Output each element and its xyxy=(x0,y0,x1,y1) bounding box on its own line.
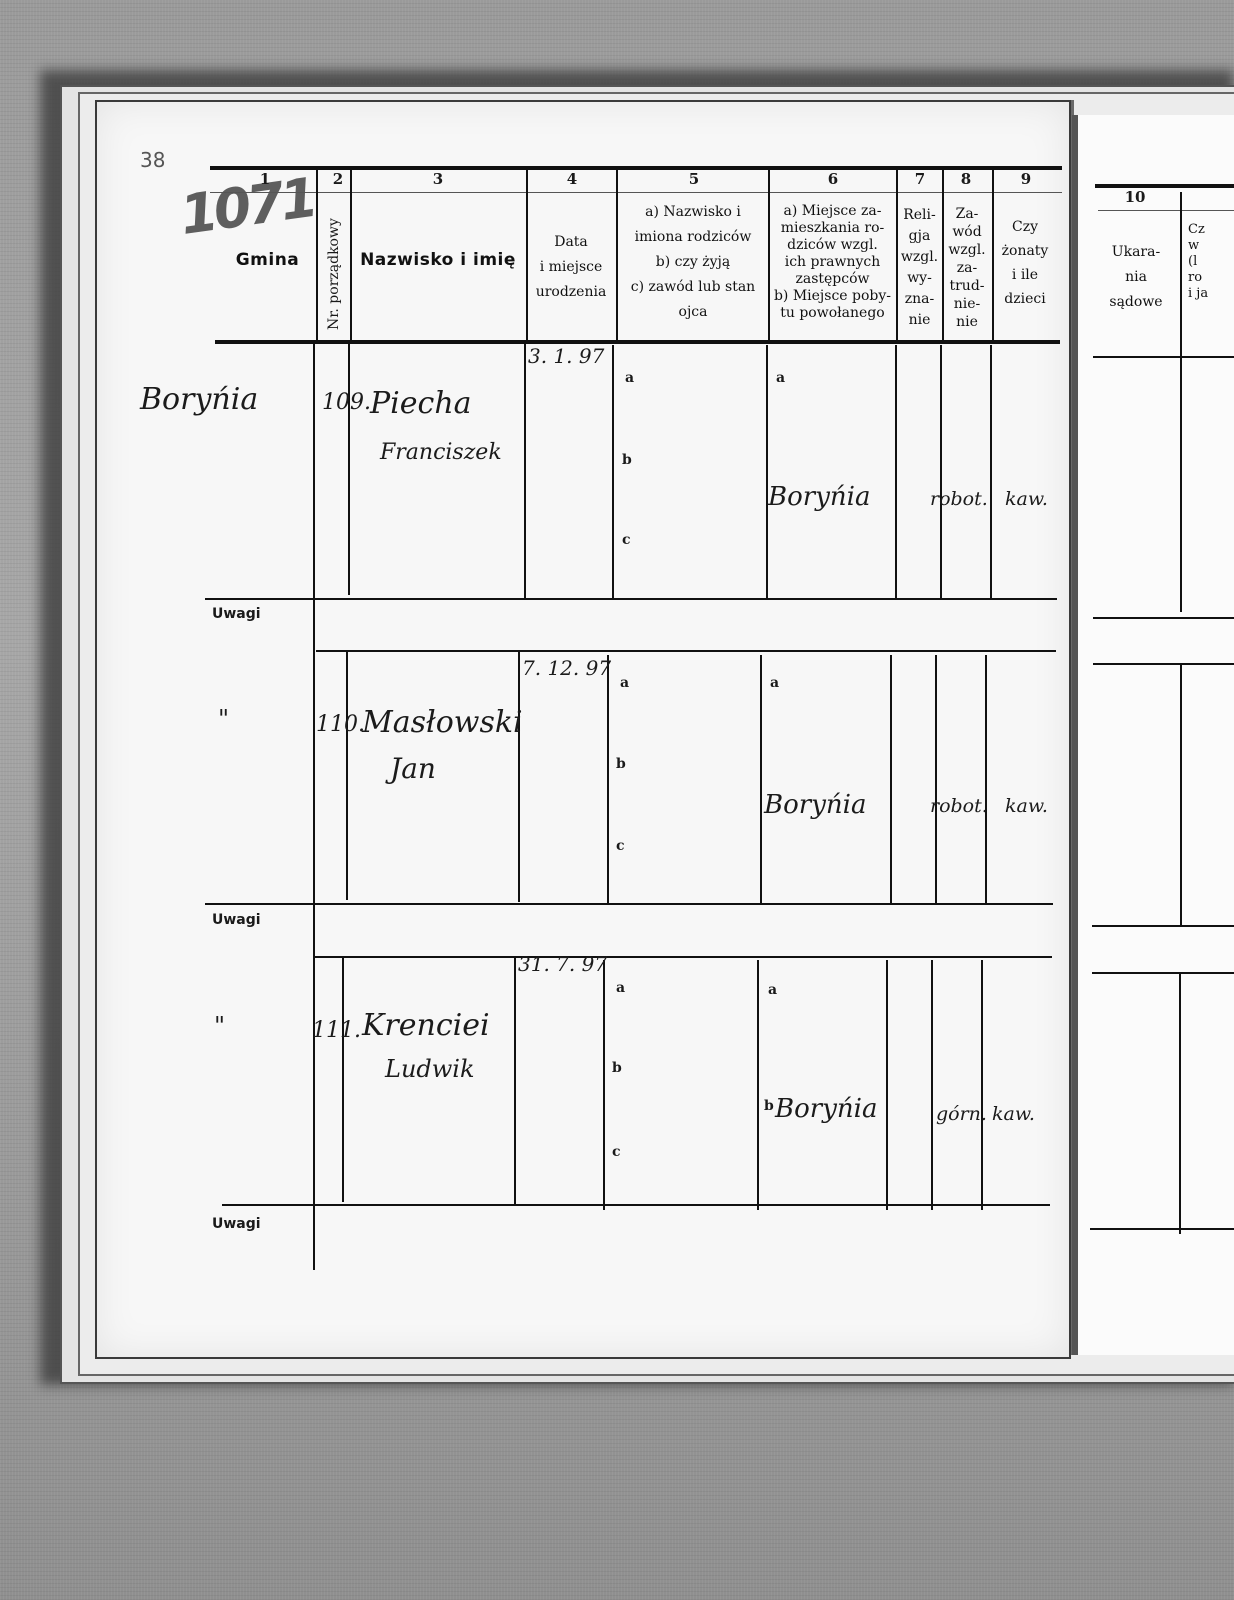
parents-label-a: a xyxy=(625,370,634,386)
header-number-rule xyxy=(210,192,1062,193)
nr-value: 110. xyxy=(316,712,365,737)
row-rule xyxy=(205,598,1057,600)
col-divider xyxy=(940,345,942,600)
col-divider xyxy=(931,960,933,1210)
header-col-11-partial: Cz w (l ro i ja xyxy=(1188,222,1234,302)
col-divider xyxy=(346,650,348,900)
right-col-divider xyxy=(1180,192,1182,612)
remarks-label: Uwagi xyxy=(212,912,261,928)
parents-label-b: b xyxy=(622,452,632,468)
header-gmina: Gmina xyxy=(220,252,315,269)
birth-date-value: 3. 1. 97 xyxy=(528,344,604,368)
header-bottom-rule xyxy=(215,340,1060,344)
col-num-2: 2 xyxy=(318,170,358,188)
residence-value: Boryńia xyxy=(764,790,866,820)
right-row-rule xyxy=(1092,925,1234,927)
header-nazwisko-imie: Nazwisko i imię xyxy=(352,252,524,269)
right-row-rule xyxy=(1093,356,1234,358)
header-birth: Data i miejsce urodzenia xyxy=(526,230,616,305)
col-divider xyxy=(514,956,516,1206)
parents-label-a: a xyxy=(620,675,629,691)
col-divider xyxy=(981,960,983,1210)
row-rule xyxy=(222,1204,1050,1206)
row-rule xyxy=(205,903,1053,905)
header-col-divider xyxy=(896,170,898,340)
birth-date-value: 31. 7. 97 xyxy=(518,952,607,976)
right-col-divider xyxy=(1179,974,1181,1234)
right-row-rule xyxy=(1093,617,1234,619)
residence-label-a: a xyxy=(770,675,779,691)
col-divider xyxy=(757,960,759,1210)
header-col-divider xyxy=(992,170,994,340)
page-number: 38 xyxy=(140,148,165,172)
remarks-field[interactable] xyxy=(310,1210,1048,1266)
header-col-divider xyxy=(526,170,528,340)
col-divider xyxy=(518,650,520,902)
right-col-divider xyxy=(1180,665,1182,927)
remarks-field[interactable] xyxy=(314,908,1052,954)
occupation-value: górn. xyxy=(936,1103,987,1125)
header-parents: a) Nazwisko i imiona rodziców b) czy żyj… xyxy=(618,200,768,325)
nr-value: 111. xyxy=(312,1018,361,1043)
birth-date-value: 7. 12. 97 xyxy=(522,656,611,680)
col-num-6: 6 xyxy=(813,170,853,188)
remarks-label: Uwagi xyxy=(212,606,261,622)
parents-label-a: a xyxy=(616,980,625,996)
remarks-label: Uwagi xyxy=(212,1216,261,1232)
remarks-field[interactable] xyxy=(316,602,1056,648)
given-name-value: Jan xyxy=(390,752,436,785)
married-value: kaw. xyxy=(1005,488,1048,510)
col-num-4: 4 xyxy=(552,170,592,188)
parents-label-c: c xyxy=(612,1144,621,1160)
gmina-value: Boryńia xyxy=(140,382,258,417)
header-court-penalties: Ukara- nia sądowe xyxy=(1095,240,1177,315)
header-col-divider xyxy=(942,170,944,340)
col-divider xyxy=(985,655,987,905)
header-nr-porzadkowy: Nr. porządkowy xyxy=(326,218,342,330)
header-married: Czy żonaty i ile dzieci xyxy=(992,215,1058,311)
occupation-value: robot. xyxy=(930,795,988,817)
given-name-value: Franciszek xyxy=(380,440,502,465)
married-value: kaw. xyxy=(992,1103,1035,1125)
col-divider xyxy=(760,655,762,905)
col-divider xyxy=(890,655,892,905)
col-divider xyxy=(342,956,344,1202)
col-num-9: 9 xyxy=(1006,170,1046,188)
married-value: kaw. xyxy=(1005,795,1048,817)
right-row-rule xyxy=(1093,663,1234,665)
right-row-rule xyxy=(1092,972,1234,974)
header-col-divider xyxy=(350,170,352,340)
col-divider xyxy=(886,960,888,1210)
parents-label-c: c xyxy=(616,838,625,854)
gmina-ditto: " xyxy=(214,1012,225,1040)
nr-value: 109. xyxy=(322,390,371,415)
gmina-divider xyxy=(313,340,315,1270)
residence-label-a: a xyxy=(768,982,777,998)
header-residence: a) Miejsce za- mieszkania ro- dziców wzg… xyxy=(770,203,895,322)
col-divider xyxy=(990,345,992,600)
col-divider xyxy=(607,655,609,905)
row-rule xyxy=(316,650,1056,652)
surname-value: Piecha xyxy=(370,386,472,421)
header-col-divider xyxy=(316,170,318,340)
residence-value: Boryńia xyxy=(775,1094,877,1124)
col-num-7: 7 xyxy=(900,170,940,188)
header-occupation: Za- wód wzgl. za- trud- nie- nie xyxy=(944,205,990,331)
parents-label-c: c xyxy=(622,532,631,548)
right-row-rule xyxy=(1090,1228,1234,1230)
col-divider xyxy=(612,345,614,600)
col-divider xyxy=(348,340,350,595)
parents-label-b: b xyxy=(612,1060,622,1076)
occupation-value: robot. xyxy=(930,488,988,510)
row-rule xyxy=(314,956,1052,958)
col-divider xyxy=(766,345,768,600)
col-divider xyxy=(603,960,605,1210)
col-num-10: 10 xyxy=(1115,188,1155,206)
gmina-ditto: " xyxy=(218,705,229,733)
header-col-divider xyxy=(616,170,618,340)
surname-value: Masłowski xyxy=(362,705,523,740)
header-col-divider xyxy=(768,170,770,340)
parents-label-b: b xyxy=(616,756,626,772)
col-divider xyxy=(524,340,526,598)
residence-label-b: b xyxy=(764,1098,774,1114)
col-divider xyxy=(895,345,897,600)
col-num-8: 8 xyxy=(946,170,986,188)
surname-value: Krenciei xyxy=(362,1008,490,1043)
col-num-3: 3 xyxy=(418,170,458,188)
given-name-value: Ludwik xyxy=(385,1055,475,1083)
residence-value: Boryńia xyxy=(768,482,870,512)
residence-label-a: a xyxy=(776,370,785,386)
col-num-1: 1 xyxy=(245,170,285,188)
header-religion: Reli- gja wzgl. wy- zna- nie xyxy=(897,205,942,331)
right-header-number-rule xyxy=(1098,210,1234,211)
col-num-5: 5 xyxy=(674,170,714,188)
col-divider xyxy=(935,655,937,905)
